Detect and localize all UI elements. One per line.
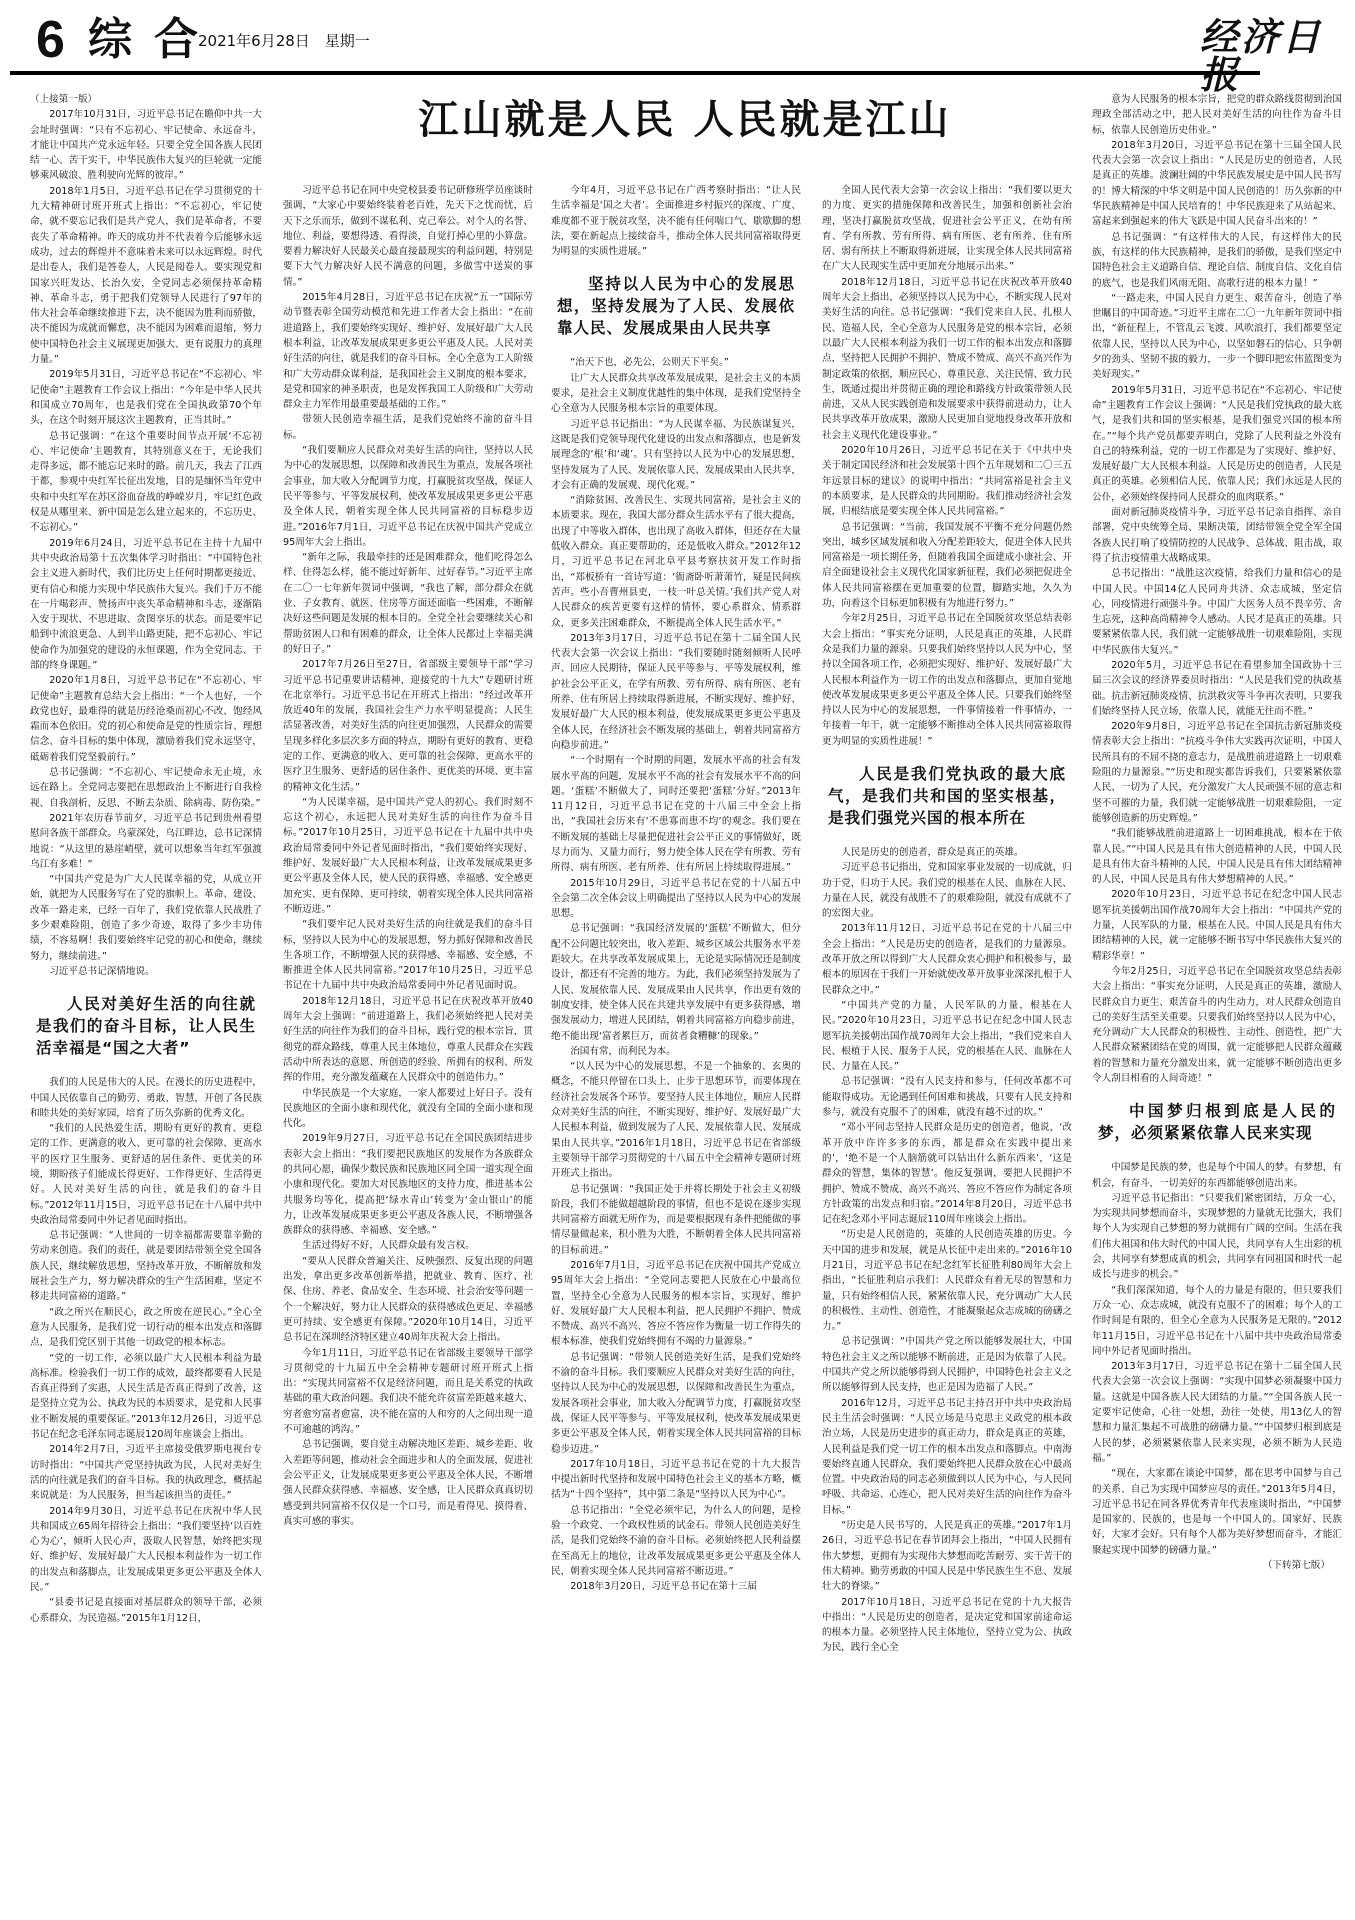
paragraph: 总书记强调：“我国正处于并将长期处于社会主义初级阶段，我们不能做超越阶段的事情，… — [551, 1182, 801, 1258]
article-column-5: 意为人民服务的根本宗旨，把党的群众路线贯彻到治国理政全部活动之中，把人民对美好生… — [1092, 92, 1342, 1920]
paragraph: “政之所兴在顺民心，政之所废在逆民心。”全心全意为人民服务，是我们党一切行动的根… — [30, 1305, 262, 1351]
paragraph: 总书记强调：“不忘初心、牢记使命永无止境，永远在路上。全党同志要把在思想政治上不… — [30, 765, 262, 811]
paragraph: 带领人民创造幸福生活，是我们党始终不渝的奋斗目标。 — [283, 412, 533, 443]
paragraph: 2018年3月20日，习近平总书记在第十三届 — [551, 1579, 801, 1594]
subheading: 坚持以人民为中心的发展思想，坚持发展为了人民、发展依靠人民、发展成果由人民共享 — [557, 273, 795, 339]
paragraph: 2016年12月，习近平总书记主持召开中共中央政治局民主生活会时强调：“人民立场… — [822, 1396, 1072, 1518]
paragraph: 今年4月，习近平总书记在广西考察时指出：“让人民生活幸福是‘国之大者’。全面推进… — [551, 183, 801, 259]
paragraph: 2014年2月7日，习近平主席接受俄罗斯电视台专访时指出：“中国共产党坚持执政为… — [30, 1442, 262, 1503]
paragraph: 2020年1月8日，习近平总书记在“不忘初心、牢记使命”主题教育总结大会上指出：… — [30, 673, 262, 765]
paragraph: 2016年7月1日，习近平总书记在庆祝中国共产党成立95周年大会上指出：“全党同… — [551, 1258, 801, 1350]
paragraph: 2018年1月5日，习近平总书记在学习贯彻党的十九大精神研讨班开班式上指出：“不… — [30, 184, 262, 368]
paragraph: 2019年6月24日，习近平总书记在主持十九届中共中央政治局第十五次集体学习时指… — [30, 536, 262, 674]
paragraph: “为人民谋幸福，是中国共产党人的初心。我们时刻不忘这个初心，永远把人民对美好生活… — [283, 795, 533, 917]
paragraph: 2020年9月8日，习近平总书记在全国抗击新冠肺炎疫情表彰大会上指出：“抗疫斗争… — [1092, 719, 1342, 826]
paragraph: “我们要牢记人民对美好生活的向往就是我们的奋斗目标，坚持以人民为中心的发展思想，… — [283, 917, 533, 993]
column-1-body-after: 我们的人民是伟大的人民。在漫长的历史进程中，中国人民依靠自己的勤劳、勇敢、智慧，… — [30, 1075, 262, 1626]
paragraph: 2021年农历春节前夕，习近平总书记到贵州看望慰问各族干部群众。乌蒙深处，乌江畔… — [30, 811, 262, 872]
masthead-rule — [10, 71, 1260, 75]
paragraph: “我们的人民热爱生活，期盼有更好的教育、更稳定的工作、更满意的收入、更可靠的社会… — [30, 1121, 262, 1228]
paragraph: 我们的人民是伟大的人民。在漫长的历史进程中，中国人民依靠自己的勤劳、勇敢、智慧，… — [30, 1075, 262, 1121]
paragraph: “消除贫困、改善民生、实现共同富裕，是社会主义的本质要求。现在，我国大部分群众生… — [551, 493, 801, 631]
paragraph: 今年1月11日，习近平总书记在省部级主要领导干部学习贯彻党的十九届五中全会精神专… — [283, 1346, 533, 1438]
paragraph: 总书记强调：“当前，我国发展不平衡不充分问题仍然突出，城乡区域发展和收入分配差距… — [822, 520, 1072, 612]
paragraph: 2020年10月23日，习近平总书记在纪念中国人民志愿军抗美援朝出国作战70周年… — [1092, 887, 1342, 963]
paragraph: 2019年5月31日，习近平总书记在“不忘初心、牢记使命”主题教育工作会议上指出… — [30, 367, 262, 428]
newspaper-logo: 经济日报 — [1200, 18, 1355, 94]
paragraph: “现在，大家都在谈论中国梦，都在思考中国梦与自己的关系、自己为实现中国梦应尽的责… — [1092, 1466, 1342, 1558]
paragraph: 今年2月25日，习近平总书记在全国脱贫攻坚总结表彰大会上指出：“事实充分证明，人… — [822, 611, 1072, 749]
paragraph: 总书记强调：“中国共产党之所以能够发展壮大，中国特色社会主义之所以能够不断前进，… — [822, 1334, 1072, 1395]
paragraph: “治天下也，必先公，公则天下平矣。” — [551, 355, 801, 370]
paragraph: 2020年10月26日，习近平总书记在关于《中共中央关于制定国民经济和社会发展第… — [822, 443, 1072, 519]
paragraph: 2018年12月18日，习近平总书记在庆祝改革开放40周年大会上强调：“前进道路… — [283, 994, 533, 1086]
paragraph: 面对新冠肺炎疫情斗争，习近平总书记亲自指挥、亲自部署，党中央统筹全局、果断决策，… — [1092, 505, 1342, 566]
paragraph: “我们要顺应人民群众对美好生活的向往，坚持以人民为中心的发展思想，以保障和改善民… — [283, 443, 533, 550]
paragraph: 治国有常，而利民为本。 — [551, 1044, 801, 1059]
paragraph: “县委书记是直接面对基层群众的领导干部，必须心系群众、为民造福。”2015年1月… — [30, 1595, 262, 1626]
column-3-body: 今年4月，习近平总书记在广西考察时指出：“让人民生活幸福是‘国之大者’。全面推进… — [551, 183, 801, 259]
paragraph: “中国共产党是为广大人民谋幸福的党，从成立开始，就把为人民服务写在了党的旗帜上。… — [30, 872, 262, 964]
masthead: 6 综合 2021年6月28日 星期一 经济日报 — [0, 0, 1355, 72]
paragraph: 中华民族是一个大家庭，一家人都要过上好日子。没有民族地区的全面小康和现代化，就没… — [283, 1086, 533, 1132]
paragraph: “要从人民群众普遍关注、反映强烈、反复出现的问题出发，拿出更多改革创新举措，把就… — [283, 1254, 533, 1346]
paragraph: “以人民为中心的发展思想，不是一个抽象的、玄奥的概念，不能只停留在口头上、止步于… — [551, 1059, 801, 1181]
paragraph: “历史是人民创造的，英雄的人民创造英雄的历史。今天中国的进步和发展，就是从长征中… — [822, 1227, 1072, 1334]
paragraph: “党的一切工作，必须以最广大人民根本利益为最高标准。检验我们一切工作的成效，最终… — [30, 1351, 262, 1443]
paragraph: 2013年11月12日，习近平总书记在党的十八届三中全会上指出：“人民是历史的创… — [822, 921, 1072, 997]
column-3-body-after: “治天下也，必先公，公则天下平矣。”让广大人民群众共享改革发展成果，是社会主义的… — [551, 355, 801, 1594]
paragraph: 全国人民代表大会第一次会议上指出：“我们要以更大的力度、更实的措施保障和改善民生… — [822, 183, 1072, 275]
subheading: 中国梦归根到底是人民的梦，必须紧紧依靠人民来实现 — [1098, 1100, 1336, 1144]
paragraph: 总书记强调，要自觉主动解决地区差距、城乡差距、收入差距等问题，推动社会全面进步和… — [283, 1437, 533, 1529]
paragraph: 让广大人民群众共享改革发展成果，是社会主义的本质要求，是社会主义制度优越性的集中… — [551, 371, 801, 417]
page-number: 6 — [36, 14, 65, 66]
paragraph: 2018年3月20日，习近平总书记在第十三届全国人民代表大会第一次会议上指出：“… — [1092, 138, 1342, 230]
column-2-body: 习近平总书记在同中央党校县委书记研修班学员座谈时强调，“大家心中要始终装着老百姓… — [283, 183, 533, 1529]
paragraph: 今年2月25日，习近平总书记在全国脱贫攻坚总结表彰大会上指出：“事实充分证明，人… — [1092, 964, 1342, 1086]
paragraph: 总书记强调：“人世间的一切幸福都需要靠辛勤的劳动来创造。我们的责任，就是要团结带… — [30, 1228, 262, 1304]
article-column-4: 全国人民代表大会第一次会议上指出：“我们要以更大的力度、更实的措施保障和改善民生… — [822, 183, 1072, 1920]
article-column-3: 今年4月，习近平总书记在广西考察时指出：“让人民生活幸福是‘国之大者’。全面推进… — [551, 183, 801, 1920]
paragraph: 意为人民服务的根本宗旨，把党的群众路线贯彻到治国理政全部活动之中，把人民对美好生… — [1092, 92, 1342, 138]
paragraph: 总书记强调：“我国经济发展的‘蛋糕’不断做大，但分配不公问题比较突出，收入差距、… — [551, 921, 801, 1043]
paragraph: 人民是历史的创造者，群众是真正的英雄。 — [822, 845, 1072, 860]
paragraph: 2013年3月17日，习近平总书记在第十二届全国人民代表大会第一次会议上指出：“… — [551, 631, 801, 753]
paragraph: 总书记强调：“在这个重要时间节点开展‘不忘初心、牢记使命’主题教育，其特别意义在… — [30, 429, 262, 536]
article-column-2: 习近平总书记在同中央党校县委书记研修班学员座谈时强调，“大家心中要始终装着老百姓… — [283, 183, 533, 1920]
paragraph: 总书记强调：“没有人民支持和参与，任何改革都不可能取得成功。无论遇到任何困难和挑… — [822, 1074, 1072, 1120]
paragraph: 习近平总书记在同中央党校县委书记研修班学员座谈时强调，“大家心中要始终装着老百姓… — [283, 183, 533, 290]
paragraph: “历史是人民书写的，人民是真正的英雄。”2017年1月26日，习近平总书记在春节… — [822, 1518, 1072, 1594]
paragraph: 习近平总书记深情地说。 — [30, 964, 262, 979]
paragraph: 习近平总书记指出：“为人民谋幸福、为民族谋复兴，这既是我们党领导现代化建设的出发… — [551, 417, 801, 493]
paragraph: “一路走来，中国人民自力更生、艰苦奋斗，创造了举世瞩目的中国奇迹。”习近平主席在… — [1092, 291, 1342, 383]
paragraph: 总书记指出：“全党必须牢记，为什么人的问题，是检验一个政党、一个政权性质的试金石… — [551, 1503, 801, 1579]
paragraph: “邓小平同志坚持人民群众是历史的创造者，他说，‘改革开放中许许多多的东西，都是群… — [822, 1120, 1072, 1227]
paragraph: 总书记指出：“战胜这次疫情，给我们力量和信心的是中国人民。中国14亿人民同舟共济… — [1092, 566, 1342, 658]
paragraph: 总书记强调：“带领人民创造美好生活，是我们党始终不渝的奋斗目标。我们要顺应人民群… — [551, 1350, 801, 1457]
column-4-body-after: 人民是历史的创造者，群众是真正的英雄。习近平总书记指出，党和国家事业发展的一切成… — [822, 845, 1072, 1656]
paragraph: 中国梦是民族的梦，也是每个中国人的梦。有梦想，有机会，有奋斗，一切美好的东西都能… — [1092, 1160, 1342, 1191]
paragraph: “我们深深知道，每个人的力量是有限的，但只要我们万众一心、众志成城，就没有克服不… — [1092, 1283, 1342, 1359]
paragraph: 2020年5月，习近平总书记在看望参加全国政协十三届三次会议的经济界委员时指出：… — [1092, 658, 1342, 719]
paragraph: 2018年12月18日，习近平总书记在庆祝改革开放40周年大会上指出，必须坚持以… — [822, 275, 1072, 443]
paragraph: “一个时期有一个时期的问题，发展水平高的社会有发展水平高的问题，发展水平不高的社… — [551, 753, 801, 875]
article-column-1: （上接第一版） 2017年10月31日，习近平总书记在瞻仰中共一大会址时强调：“… — [30, 92, 262, 1920]
column-5-body-after: 中国梦是民族的梦，也是每个中国人的梦。有梦想，有机会，有奋斗，一切美好的东西都能… — [1092, 1160, 1342, 1558]
paragraph: 2017年10月18日，习近平总书记在党的十九大报告中提出新时代坚持和发展中国特… — [551, 1457, 801, 1503]
paragraph: “中国共产党的力量，人民军队的力量，根基在人民。”2020年10月23日，习近平… — [822, 998, 1072, 1074]
column-5-body: 意为人民服务的根本宗旨，把党的群众路线贯彻到治国理政全部活动之中，把人民对美好生… — [1092, 92, 1342, 1086]
column-1-body: 2017年10月31日，习近平总书记在瞻仰中共一大会址时强调：“只有不忘初心、牢… — [30, 107, 262, 979]
paragraph: 2015年10月29日，习近平总书记在党的十八届五中全会第二次全体会议上明确提出… — [551, 876, 801, 922]
paragraph: 总书记强调：“有这样伟大的人民，有这样伟大的民族，有这样的伟大民族精神，是我们的… — [1092, 230, 1342, 291]
paragraph: “我们能够战胜前进道路上一切困难挑战，根本在于依靠人民。”“中国人民是具有伟大创… — [1092, 826, 1342, 887]
jump-to-label: （下转第七版） — [1092, 1558, 1342, 1573]
paragraph: 2014年9月30日，习近平总书记在庆祝中华人民共和国成立65周年招待会上指出：… — [30, 1504, 262, 1596]
issue-date: 2021年6月28日 星期一 — [198, 34, 370, 49]
paragraph: 2017年10月18日，习近平总书记在党的十九大报告中指出：“人民是历史的创造者… — [822, 1595, 1072, 1656]
paragraph: 2019年5月31日，习近平总书记在“不忘初心、牢记使命”主题教育工作会议上强调… — [1092, 383, 1342, 505]
jump-from-label: （上接第一版） — [30, 92, 262, 107]
paragraph: 2013年3月17日，习近平总书记在第十二届全国人民代表大会第一次会议上强调：“… — [1092, 1359, 1342, 1466]
article-headline: 江山就是人民 人民就是江山 — [300, 96, 1070, 144]
paragraph: 习近平总书记指出，党和国家事业发展的一切成就，归功于党，归功于人民。我们党的根基… — [822, 860, 1072, 921]
paragraph: 习近平总书记指出：“只要我们紧密团结，万众一心，为实现共同梦想而奋斗，实现梦想的… — [1092, 1191, 1342, 1283]
paragraph: 2017年10月31日，习近平总书记在瞻仰中共一大会址时强调：“只有不忘初心、牢… — [30, 107, 262, 183]
column-4-body: 全国人民代表大会第一次会议上指出：“我们要以更大的力度、更实的措施保障和改善民生… — [822, 183, 1072, 749]
subheading: 人民是我们党执政的最大底气，是我们共和国的坚实根基，是我们强党兴国的根本所在 — [828, 763, 1066, 829]
paragraph: 2015年4月28日，习近平总书记在庆祝“五一”国际劳动节暨表彰全国劳动模范和先… — [283, 290, 533, 412]
paragraph: 生活过得好不好，人民群众最有发言权。 — [283, 1238, 533, 1253]
paragraph: 2019年9月27日，习近平总书记在全国民族团结进步表彰大会上指出：“我们要把民… — [283, 1131, 533, 1238]
paragraph: 2017年7月26日至27日，省部级主要领导干部“学习习近平总书记重要讲话精神，… — [283, 657, 533, 795]
paragraph: “新年之际，我最牵挂的还是困难群众，他们吃得怎么样、住得怎么样，能不能过好新年、… — [283, 550, 533, 657]
subheading: 人民对美好生活的向往就是我们的奋斗目标，让人民生活幸福是“国之大者” — [36, 993, 256, 1059]
